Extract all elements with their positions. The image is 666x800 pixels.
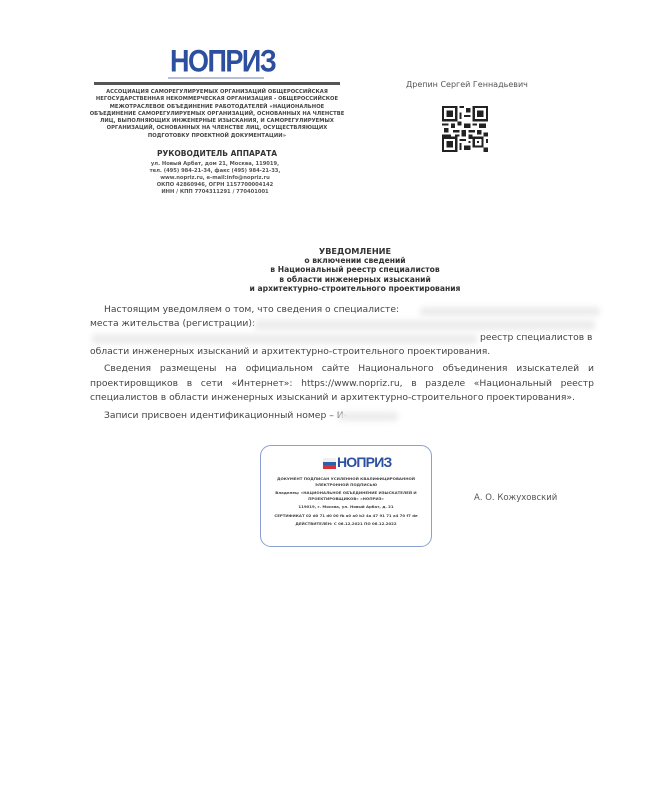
notice-heading: УВЕДОМЛЕНИЕ — [200, 247, 510, 256]
redacted-area — [255, 320, 595, 330]
position-title: РУКОВОДИТЕЛЬ АППАРАТА — [88, 149, 346, 158]
stamp-line: ДОКУМЕНТ ПОДПИСАН УСИЛЕННОЙ КВАЛИФИЦИРОВ… — [271, 476, 421, 487]
redacted-area — [338, 412, 398, 421]
paragraph-1-line-1: Настоящим уведомляем о том, что сведения… — [104, 303, 399, 318]
stamp-logo: НОПРИЗ — [323, 454, 391, 470]
logo-underline — [168, 77, 264, 79]
recipient-name: Дрепин Сергей Геннадьевич — [406, 80, 528, 89]
notice-subtitle-line: о включении сведений — [200, 256, 510, 265]
stamp-line: 119019, г. Москва, ул. Новый Арбат, д. 2… — [271, 504, 421, 510]
russian-flag-icon — [323, 458, 336, 469]
contact-line: www.nopriz.ru, e-mail:info@nopriz.ru — [120, 175, 310, 182]
contacts-block: ул. Новый Арбат, дом 21, Москва, 119019,… — [120, 161, 310, 196]
paragraph-1-line-4: области инженерных изысканий и архитекту… — [90, 345, 490, 360]
qr-code-icon — [442, 106, 488, 152]
contact-line: тел. (495) 984-21-34, факс (495) 984-21-… — [120, 168, 310, 175]
notice-subtitle-line: в Национальный реестр специалистов — [200, 265, 510, 274]
nopriz-logo: НОПРИЗ — [168, 44, 264, 78]
redacted-area — [420, 307, 600, 316]
header-divider — [94, 82, 340, 85]
signer-name: А. О. Кожуховский — [474, 493, 557, 503]
redacted-area — [92, 334, 477, 344]
electronic-signature-stamp: НОПРИЗ ДОКУМЕНТ ПОДПИСАН УСИЛЕННОЙ КВАЛИ… — [260, 445, 432, 547]
stamp-logo-text: НОПРИЗ — [337, 454, 391, 470]
paragraph-2: Сведения размещены на официальном сайте … — [90, 362, 594, 406]
stamp-line: СЕРТИФИКАТ 02 d0 71 d0 00 fb a0 a0 b2 4a… — [271, 513, 421, 519]
notice-subtitle-line: и архитектурно-строительного проектирова… — [200, 284, 510, 293]
contact-line: ОКПО 42860946, ОГРН 1157700004142 — [120, 182, 310, 189]
paragraph-1-line-3: реестр специалистов в — [480, 331, 592, 346]
logo-text: НОПРИЗ — [170, 43, 275, 79]
paragraph-3: Записи присвоен идентификационный номер … — [104, 409, 347, 424]
notice-subtitle-line: в области инженерных изысканий — [200, 275, 510, 284]
stamp-line: Владелец: «НАЦИОНАЛЬНОЕ ОБЪЕДИНЕНИЕ ИЗЫС… — [271, 490, 421, 501]
stamp-details: ДОКУМЕНТ ПОДПИСАН УСИЛЕННОЙ КВАЛИФИЦИРОВ… — [271, 476, 421, 530]
stamp-line: ДЕЙСТВИТЕЛЕН: С 06.12.2021 ПО 06.12.2022 — [271, 521, 421, 527]
organization-name: Ассоциация саморегулируемых организаций … — [88, 89, 346, 140]
notice-title: УВЕДОМЛЕНИЕ о включении сведений в Нацио… — [200, 247, 510, 293]
contact-line: ИНН / КПП 7704311291 / 770401001 — [120, 189, 310, 196]
paragraph-1-line-2: места жительства (регистрации): — [90, 317, 255, 332]
